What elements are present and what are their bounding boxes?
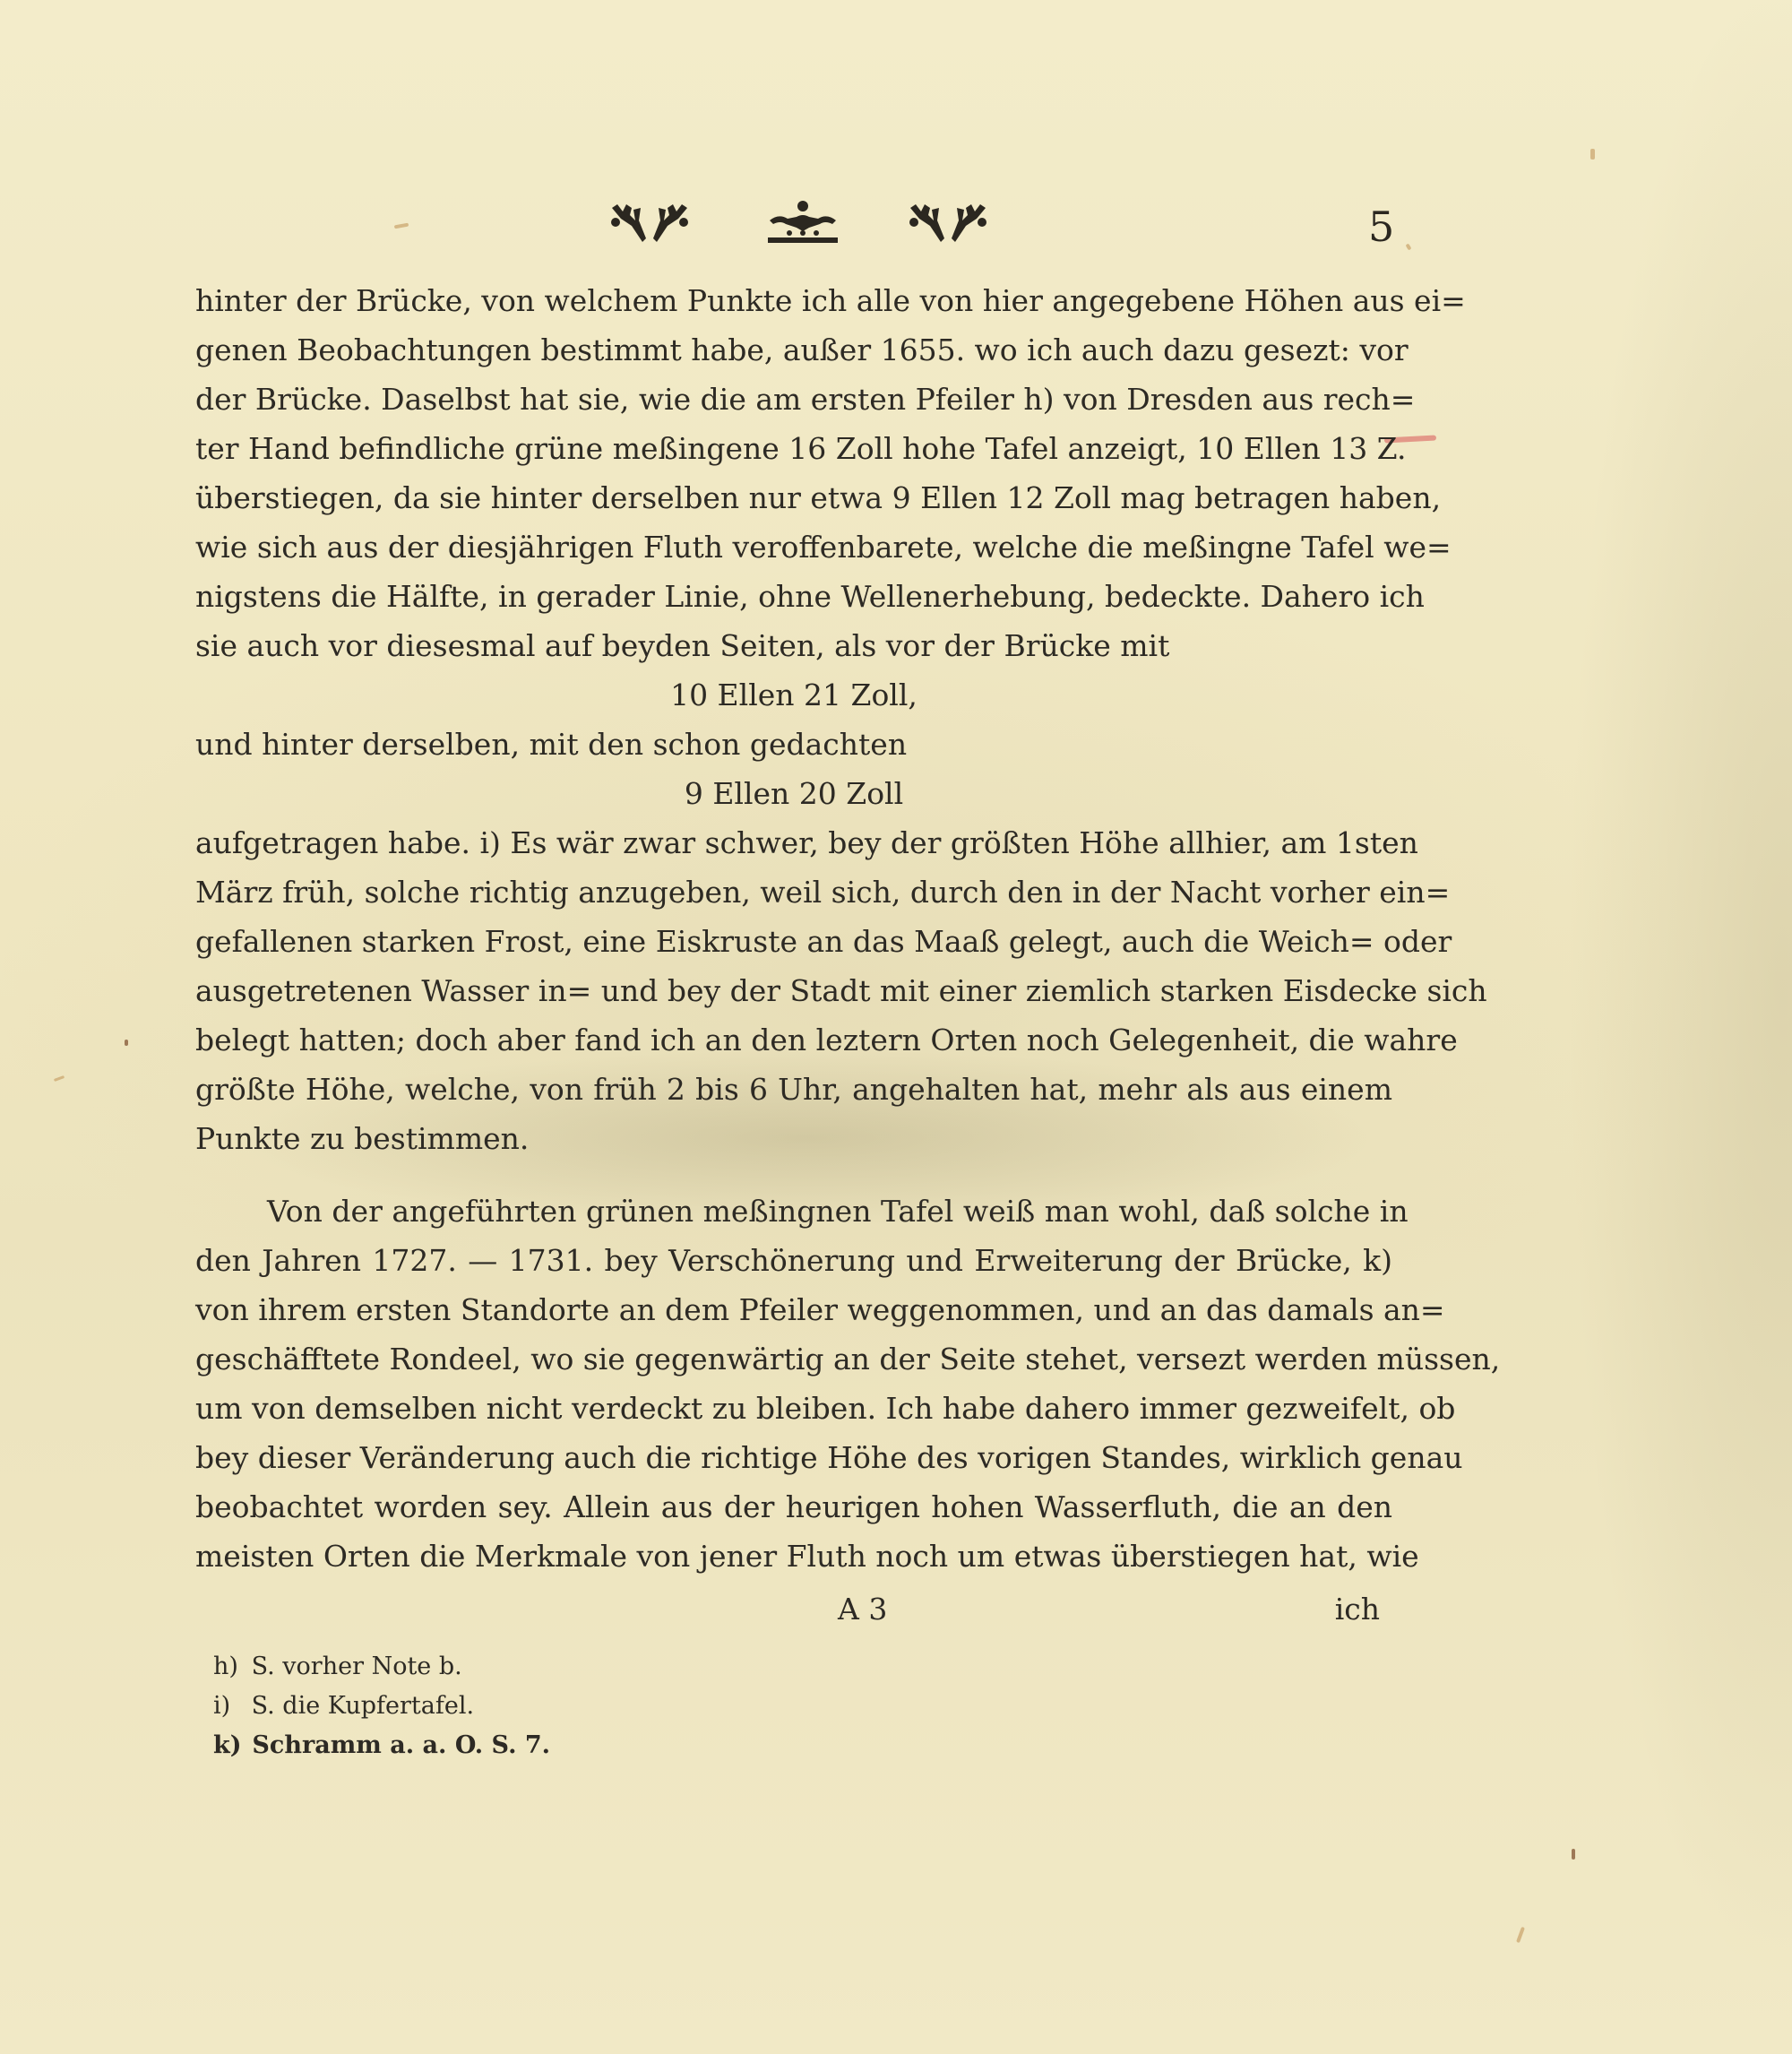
book-page: 5 hinter der Brücke, von welchem Punkte … bbox=[0, 0, 1792, 2054]
text-line: belegt hatten; doch aber fand ich an den… bbox=[195, 1015, 1392, 1065]
sprig-pair-ornament-icon bbox=[605, 199, 698, 246]
footnote-text: S. die Kupfertafel. bbox=[252, 1692, 474, 1720]
footnote-text: Schramm a. a. O. S. 7. bbox=[252, 1731, 550, 1759]
paper-fleck bbox=[1572, 1849, 1575, 1860]
text-line: der Brücke. Daselbst hat sie, wie die am… bbox=[195, 375, 1392, 424]
paper-fleck bbox=[125, 1040, 128, 1046]
footnote-text: S. vorher Note b. bbox=[252, 1653, 462, 1680]
text-line: sie auch vor diesesmal auf beyden Seiten… bbox=[195, 621, 1392, 670]
text-line: von ihrem ersten Standorte an dem Pfeile… bbox=[195, 1285, 1392, 1334]
text-line: um von demselben nicht verdeckt zu bleib… bbox=[195, 1384, 1392, 1433]
text-line: den Jahren 1727. — 1731. bey Verschöneru… bbox=[195, 1236, 1392, 1285]
paper-fleck bbox=[394, 223, 409, 229]
text-line: hinter der Brücke, von welchem Punkte ic… bbox=[195, 276, 1392, 325]
footnote-marker: h) bbox=[213, 1647, 244, 1687]
footnote-marker: i) bbox=[213, 1687, 244, 1726]
paper-fleck bbox=[54, 1075, 65, 1082]
text-line: ausgetretenen Wasser in= und bey der Sta… bbox=[195, 966, 1392, 1015]
text-line: bey dieser Veränderung auch die richtige… bbox=[195, 1433, 1392, 1482]
text-line: meisten Orten die Merkmale von jener Flu… bbox=[195, 1532, 1392, 1581]
text-line: nigstens die Hälfte, in gerader Linie, o… bbox=[195, 572, 1392, 621]
text-line: wie sich aus der diesjährigen Fluth vero… bbox=[195, 522, 1392, 572]
measurement-before-bridge: 10 Ellen 21 Zoll, bbox=[195, 670, 1392, 720]
paragraph-gap bbox=[195, 1163, 1392, 1187]
text-line: überstiegen, da sie hinter derselben nur… bbox=[195, 473, 1392, 522]
text-line: aufgetragen habe. i) Es wär zwar schwer,… bbox=[195, 818, 1392, 867]
text-line: beobachtet worden sey. Allein aus der he… bbox=[195, 1482, 1392, 1532]
paragraph-start-line: Von der angeführten grünen meßingnen Taf… bbox=[195, 1187, 1392, 1236]
header-ornaments bbox=[600, 199, 1004, 249]
footnotes: h) S. vorher Note b. i) S. die Kupfertaf… bbox=[213, 1647, 550, 1765]
text-line: genen Beobachtungen bestimmt habe, außer… bbox=[195, 325, 1392, 375]
text-line: März früh, solche richtig anzugeben, wei… bbox=[195, 867, 1392, 917]
text-line: ter Hand befindliche grüne meßingene 16 … bbox=[195, 424, 1392, 473]
catchword: ich bbox=[1335, 1592, 1380, 1627]
page-number: 5 bbox=[1368, 203, 1394, 251]
text-line: und hinter derselben, mit den schon geda… bbox=[195, 720, 1392, 769]
footnote-i: i) S. die Kupfertafel. bbox=[213, 1687, 550, 1726]
body-text: hinter der Brücke, von welchem Punkte ic… bbox=[195, 276, 1392, 1581]
printer-signature: A 3 bbox=[838, 1592, 887, 1627]
text-line: gefallenen starken Frost, eine Eiskruste… bbox=[195, 917, 1392, 966]
footnote-h: h) S. vorher Note b. bbox=[213, 1647, 550, 1687]
text-line: größte Höhe, welche, von früh 2 bis 6 Uh… bbox=[195, 1065, 1392, 1114]
footnote-marker: k) bbox=[213, 1726, 244, 1765]
text-line: Punkte zu bestimmen. bbox=[195, 1114, 1392, 1163]
footnote-k: k) Schramm a. a. O. S. 7. bbox=[213, 1726, 550, 1765]
crown-ornament-icon bbox=[766, 199, 840, 246]
text-line: geschäfftete Rondeel, wo sie gegenwärtig… bbox=[195, 1334, 1392, 1384]
sprig-pair-ornament-icon bbox=[903, 199, 996, 246]
paper-fleck bbox=[1516, 1927, 1525, 1943]
measurement-behind-bridge: 9 Ellen 20 Zoll bbox=[195, 769, 1392, 818]
paper-fleck bbox=[1590, 149, 1595, 160]
paper-fleck bbox=[1406, 243, 1412, 250]
signature-line: A 3 ich bbox=[195, 1592, 1392, 1641]
